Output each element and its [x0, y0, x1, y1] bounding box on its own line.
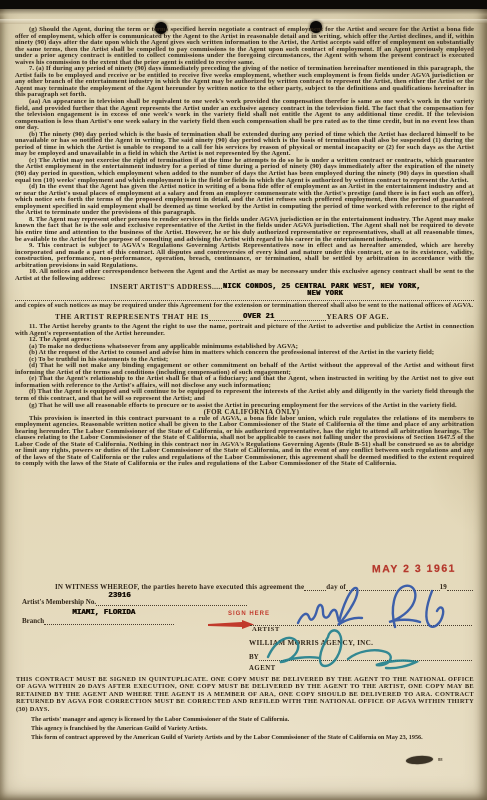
- printers-bug-number: 88: [438, 757, 443, 762]
- witness-day-of: day of: [326, 583, 346, 591]
- artist-address-label: INSERT ARTIST'S ADDRESS.....: [110, 284, 223, 291]
- witness-year: 19: [440, 583, 447, 591]
- clause-7aa: (aa) An appearance in television shall b…: [15, 99, 474, 132]
- clause-9: 9. This contract is subject to AGVA's Re…: [15, 243, 474, 269]
- sign-here-arrow-icon: [208, 620, 256, 630]
- witness-lead: IN WITNESS WHEREOF, the parties hereto h…: [55, 583, 304, 591]
- artist-address-row: INSERT ARTIST'S ADDRESS..... NICK CONDOS…: [110, 284, 474, 291]
- contract-page: (g) Should the Agent, during the term or…: [0, 0, 487, 800]
- footer-certifications: The artists' manager and agency is licen…: [16, 716, 474, 742]
- by-row: BY: [249, 652, 472, 661]
- footer-line-licensed: The artists' manager and agency is licen…: [16, 716, 474, 725]
- age-typed-value: OVER 21: [243, 314, 275, 321]
- agency-name: WILLIAM MORRIS AGENCY, INC.: [249, 639, 373, 647]
- age-dots-2: [274, 314, 326, 321]
- age-prefix: THE ARTIST REPRESENTS THAT HE IS: [55, 314, 209, 321]
- clause-7a: 7. (a) If during any period of ninety (9…: [15, 66, 474, 99]
- branch-label: Branch: [22, 617, 44, 625]
- membership-number-typed: 23916: [108, 592, 131, 600]
- clause-8: 8. The Agent may represent other persons…: [15, 217, 474, 243]
- branch-value-typed: MIAMI, FLORIDA: [72, 609, 135, 617]
- membership-blank-line: 23916: [96, 597, 247, 606]
- quintuplicate-notice: THIS CONTRACT MUST BE SIGNED IN QUINTUPL…: [16, 676, 474, 713]
- witness-dots-3: [447, 583, 473, 591]
- clause-7d: (d) In the event that the Agent has give…: [15, 184, 474, 217]
- artist-signature-line: [250, 617, 472, 626]
- date-stamp: MAY 2 3 1961: [372, 563, 456, 576]
- scan-top-edge: [0, 0, 487, 9]
- branch-blank-line: MIAMI, FLORIDA: [44, 616, 174, 625]
- witness-dots-2: [346, 583, 440, 591]
- artist-label: ARTIST: [252, 626, 280, 633]
- by-blank-line: [259, 652, 472, 661]
- clause-10: 10. All notices and other correspondence…: [15, 269, 474, 282]
- clause-6g: (g) Should the Agent, during the term or…: [15, 27, 474, 66]
- footer-line-approved: This form of contract approved by the Am…: [16, 734, 474, 743]
- footer-line-franchised: This agency is franchised by the America…: [16, 725, 474, 734]
- contract-body: (g) Should the Agent, during the term or…: [15, 27, 474, 468]
- paper-crease: [0, 19, 487, 24]
- agent-signature-ink: [258, 621, 426, 679]
- membership-label: Artist's Membership No.: [22, 598, 96, 606]
- agent-label: AGENT: [249, 665, 276, 672]
- membership-row: Artist's Membership No. 23916: [22, 597, 247, 606]
- clause-12f: (f) That the Agent is equipped and will …: [15, 389, 474, 402]
- clause-7b: (b) The ninety (90) day period which is …: [15, 132, 474, 158]
- printers-union-bug: [406, 755, 433, 765]
- by-label: BY: [249, 653, 259, 661]
- clause-7c: (c) The Artist may not exercise the righ…: [15, 158, 474, 184]
- address-dotted-rule: [15, 297, 474, 301]
- age-row: THE ARTIST REPRESENTS THAT HE IS OVER 21…: [55, 314, 474, 321]
- age-suffix: YEARS OF AGE.: [326, 314, 389, 321]
- age-dots-1: [209, 314, 243, 321]
- witness-dots-1: [304, 583, 326, 591]
- witness-line: IN WITNESS WHEREOF, the parties hereto h…: [55, 583, 473, 591]
- copies-note: and copies of such notices as may be req…: [15, 303, 474, 310]
- california-clause: This provision is inserted in this contr…: [15, 416, 474, 468]
